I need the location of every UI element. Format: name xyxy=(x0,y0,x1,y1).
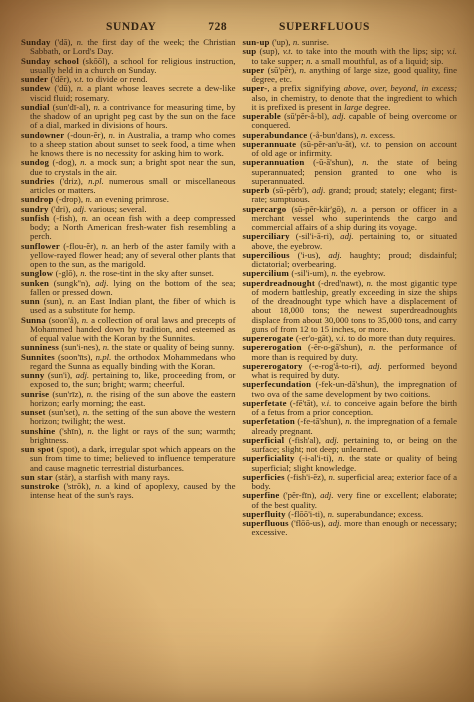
dictionary-entry: Sunnites (soon'īts), n.pl. the orthodox … xyxy=(21,353,236,372)
headword: sunstroke xyxy=(21,481,59,491)
headword: super xyxy=(243,65,265,75)
page-header: SUNDAY 728 SUPERFLUOUS xyxy=(0,0,474,36)
headword: superfetation xyxy=(243,416,295,426)
headword: sunshine xyxy=(21,426,55,436)
headword: sundries xyxy=(21,176,54,186)
dictionary-entry: sundries ('driz), n.pl. numerous small o… xyxy=(21,177,236,196)
headword: Sunday school xyxy=(21,56,79,66)
headword: Sunday xyxy=(21,37,51,47)
headword: supercargo xyxy=(243,204,287,214)
headword: superable xyxy=(243,111,281,121)
dictionary-entry: sunset (sun'set), n. the setting of the … xyxy=(21,408,236,427)
dictionary-entry: Sunna (soon'å), n. a collection of oral … xyxy=(21,316,236,344)
dictionary-entry: Sunday ('dā), n. the first day of the we… xyxy=(21,38,236,57)
dictionary-entry: superficies (-fish'i-ēz), n. superficial… xyxy=(243,473,458,492)
dictionary-entry: sunrise (sun'rīz), n. the rising of the … xyxy=(21,390,236,409)
headword: Sunna xyxy=(21,315,46,325)
dictionary-entry: superficial (-fish'al), adj. pertaining … xyxy=(243,436,458,455)
left-column: Sunday ('dā), n. the first day of the we… xyxy=(21,38,236,538)
dictionary-entry: supercilious ('i-us), adj. haughty; prou… xyxy=(243,251,458,270)
dictionary-entry: supercargo (sū-pĕr-kär'gō), n. a person … xyxy=(243,205,458,233)
dictionary-entry: sunflower (-flou-ĕr), n. an herb of the … xyxy=(21,242,236,270)
headword: sunny xyxy=(21,370,45,380)
dictionary-entry: sunken (sungk''n), adj. lying on the bot… xyxy=(21,279,236,298)
headword: supererogatory xyxy=(243,361,303,371)
header-right-guideword: SUPERFLUOUS xyxy=(279,21,370,33)
headword: Sunnites xyxy=(21,352,55,362)
text-columns: Sunday ('dā), n. the first day of the we… xyxy=(0,36,474,538)
dictionary-entry: sundog (-dog), n. a mock sun; a bright s… xyxy=(21,158,236,177)
dictionary-entry: superciliary (-sil'i-ā-ri), adj. pertain… xyxy=(243,232,458,251)
dictionary-entry: superable (sū'pĕr-å-bl), adj. capable of… xyxy=(243,112,458,131)
headword: sunn xyxy=(21,296,40,306)
header-left-guideword: SUNDAY xyxy=(106,21,156,33)
headword: superficies xyxy=(243,472,285,482)
headword: superannuate xyxy=(243,139,297,149)
dictionary-page: SUNDAY 728 SUPERFLUOUS Sunday ('dā), n. … xyxy=(0,0,474,702)
dictionary-entry: superficiality (-i-al'i-ti), n. the stat… xyxy=(243,454,458,473)
headword: sundowner xyxy=(21,130,64,140)
dictionary-entry: superannuate (sū-pĕr-an'u-āt), v.t. to p… xyxy=(243,140,458,159)
dictionary-entry: superfetation (-fe-tā'shun), n. the impr… xyxy=(243,417,458,436)
dictionary-entry: superfetate (-fē'tāt), v.i. to conceive … xyxy=(243,399,458,418)
headword: superannuation xyxy=(243,157,305,167)
headword: superciliary xyxy=(243,231,290,241)
headword: sunflower xyxy=(21,241,60,251)
headword: superfine xyxy=(243,490,280,500)
dictionary-entry: superb (sū-pĕrb'), adj. grand; proud; st… xyxy=(243,186,458,205)
headword: sun spot xyxy=(21,444,54,454)
headword: superficiality xyxy=(243,453,295,463)
dictionary-entry: super-, a prefix signifying above, over,… xyxy=(243,84,458,112)
right-column: sun-up ('up), n. sunrise.sup (sup), v.t.… xyxy=(243,38,458,538)
headword: superficial xyxy=(243,435,285,445)
dictionary-entry: sunstroke ('strōk), n. a kind of apoplex… xyxy=(21,482,236,501)
dictionary-entry: superdreadnought (-dred'nawt), n. the mo… xyxy=(243,279,458,335)
headword: superfecundation xyxy=(243,379,312,389)
dictionary-entry: sunshine ('shīn), n. the light or rays o… xyxy=(21,427,236,446)
headword: sup xyxy=(243,46,257,56)
headword: sundog xyxy=(21,157,49,167)
headword: sundial xyxy=(21,102,50,112)
dictionary-entry: sup (sup), v.t. to take into the mouth w… xyxy=(243,47,458,66)
headword: super- xyxy=(243,83,268,93)
headword: superdreadnought xyxy=(243,278,315,288)
headword: superfluous xyxy=(243,518,289,528)
dictionary-entry: super (sū'pĕr), n. anything of large siz… xyxy=(243,66,458,85)
page-number: 728 xyxy=(208,21,227,33)
dictionary-entry: sunn (sun), n. an East Indian plant, the… xyxy=(21,297,236,316)
dictionary-entry: sunfish (-fish), n. an ocean fish with a… xyxy=(21,214,236,242)
dictionary-entry: supererogation (-ĕr-o-gā'shun), n. the p… xyxy=(243,343,458,362)
dictionary-entry: sundial (sun'dī-al), n. a contrivance fo… xyxy=(21,103,236,131)
dictionary-entry: superfluous ('flōō-us), adj. more than e… xyxy=(243,519,458,538)
dictionary-entry: superfine ('pĕr-fīn), adj. very fine or … xyxy=(243,491,458,510)
headword: sundew xyxy=(21,83,51,93)
dictionary-entry: sun spot (spot), a dark, irregular spot … xyxy=(21,445,236,473)
dictionary-entry: sundowner (-doun-ĕr), n. in Australia, a… xyxy=(21,131,236,159)
headword: sunken xyxy=(21,278,49,288)
headword: supercilious xyxy=(243,250,290,260)
dictionary-entry: superfecundation (-fek-un-dā'shun), the … xyxy=(243,380,458,399)
dictionary-entry: sunny (sun'i), adj. pertaining to, like,… xyxy=(21,371,236,390)
headword: sunset xyxy=(21,407,46,417)
headword: sunfish xyxy=(21,213,49,223)
headword: superb xyxy=(243,185,270,195)
dictionary-entry: sundew ('dū), n. a plant whose leaves se… xyxy=(21,84,236,103)
headword: superfetate xyxy=(243,398,287,408)
headword: supererogation xyxy=(243,342,302,352)
dictionary-entry: supererogatory (-e-rog'å-to-ri), adj. pe… xyxy=(243,362,458,381)
headword: sunrise xyxy=(21,389,49,399)
dictionary-entry: Sunday school (skōōl), a school for reli… xyxy=(21,57,236,76)
dictionary-entry: superannuation (-ū-ā'shun), n. the state… xyxy=(243,158,458,186)
